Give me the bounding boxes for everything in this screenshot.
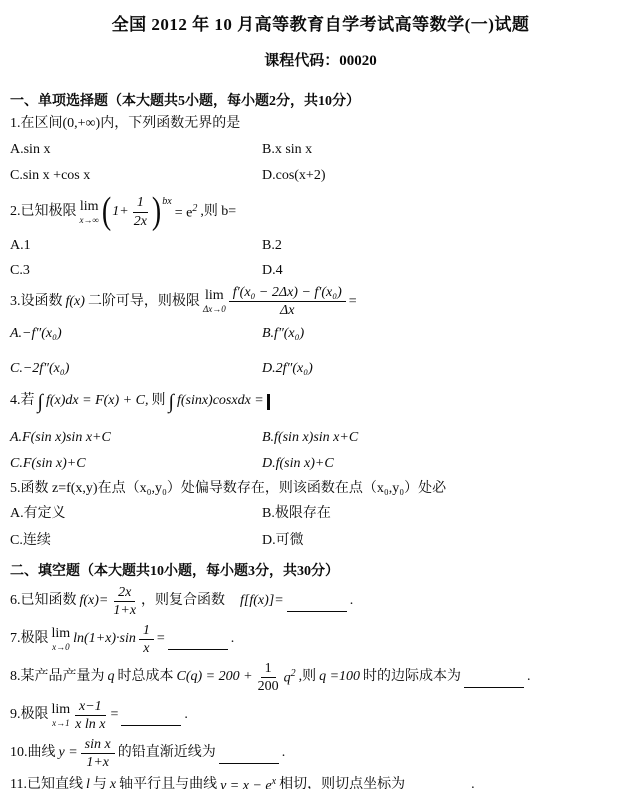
q1-option-b: B.x sin x bbox=[262, 142, 312, 159]
q6-text: 6.已知函数 bbox=[10, 593, 77, 610]
q3-options-row-2: C.−2f″(x₀) D.2f″(x₀) bbox=[10, 361, 631, 378]
fraction-denominator: 1+x bbox=[84, 754, 111, 772]
left-paren: ( bbox=[102, 193, 111, 231]
q11-lvar: l bbox=[86, 777, 90, 789]
lim-subscript: x→1 bbox=[52, 719, 70, 728]
fraction: sin x 1+x bbox=[81, 736, 115, 772]
q10-text: 10.曲线 bbox=[10, 745, 56, 762]
q6-dot: . bbox=[350, 593, 354, 610]
q4-m2: f(sinx)cosxdx = bbox=[177, 393, 264, 410]
q4-options-row-1: A.F(sin x)sin x+C B.f(sin x)sin x+C bbox=[10, 430, 631, 447]
q8-qvar: q bbox=[108, 669, 115, 686]
q8-stem: 8.某产品产量为 q 时总成本 C(q) = 200 + 1 200 q2 ,则… bbox=[10, 660, 631, 696]
q8-q2sup: 2 bbox=[291, 668, 296, 679]
q8-m1: C(q) = 200 + bbox=[177, 669, 253, 686]
q11-curve: y = x − ex bbox=[220, 776, 276, 789]
q2-options-row-1: A.1 B.2 bbox=[10, 238, 631, 255]
q4-mid: 则 bbox=[151, 393, 165, 410]
limit-operator: lim x→1 bbox=[52, 703, 71, 728]
q2-option-c: C.3 bbox=[10, 263, 262, 280]
lim-word: lim bbox=[52, 703, 71, 717]
fraction-denominator: 2x bbox=[132, 213, 149, 231]
answer-blank bbox=[287, 597, 347, 612]
q2-text: 2.已知极限 bbox=[10, 204, 77, 221]
q8-dot: . bbox=[527, 669, 531, 686]
answer-blank bbox=[464, 673, 524, 688]
q11-m1: y = x − e bbox=[220, 778, 272, 789]
fraction-numerator: f′(x₀ − 2Δx) − f′(x₀) bbox=[229, 284, 346, 303]
q5-option-d: D.可微 bbox=[262, 533, 304, 550]
answer-blank bbox=[168, 635, 228, 650]
q11-dot: . bbox=[471, 777, 475, 789]
q6-m2: f[f(x)]= bbox=[240, 593, 284, 610]
q5-option-a: A.有定义 bbox=[10, 506, 262, 523]
q1-options-row-2: C.sin x +cos x D.cos(x+2) bbox=[10, 168, 631, 185]
q8-mid2: ,则 bbox=[299, 669, 317, 686]
q2-eq-sup: 2 bbox=[192, 203, 197, 214]
q8-mid3: 时的边际成本为 bbox=[363, 669, 461, 686]
q2-option-d: D.4 bbox=[262, 263, 283, 280]
q1-option-d: D.cos(x+2) bbox=[262, 168, 326, 185]
q11-text: 11.已知直线 bbox=[10, 777, 83, 789]
q1-option-c: C.sin x +cos x bbox=[10, 168, 262, 185]
q11-mid3: 相切，则切点坐标为 bbox=[279, 777, 405, 789]
q4-option-c: C.F(sin x)+C bbox=[10, 456, 262, 473]
lim-subscript: x→∞ bbox=[80, 216, 99, 225]
q5-option-b: B.极限存在 bbox=[262, 506, 331, 523]
fraction-denominator: 200 bbox=[256, 678, 281, 696]
q7-stem: 7.极限 lim x→0 ln(1+x)·sin 1 x = . bbox=[10, 622, 631, 658]
q3-option-c: C.−2f″(x₀) bbox=[10, 361, 262, 378]
q1-option-a: A.sin x bbox=[10, 142, 262, 159]
answer-blank bbox=[219, 749, 279, 764]
q11-m1sup: x bbox=[272, 776, 276, 787]
q4-text: 4.若 bbox=[10, 393, 35, 410]
q9-dot: . bbox=[184, 707, 188, 724]
fraction-numerator: 1 bbox=[261, 660, 276, 679]
lim-subscript: x→0 bbox=[52, 643, 70, 652]
q7-m1: ln(1+x)·sin bbox=[73, 631, 136, 648]
q4-option-b: B.f(sin x)sin x+C bbox=[262, 430, 358, 447]
lim-subscript: Δx→0 bbox=[203, 305, 226, 314]
lim-word: lim bbox=[52, 627, 71, 641]
q7-eq: = bbox=[157, 631, 165, 648]
q10-stem: 10.曲线 y = sin x 1+x 的铅直渐近线为 . bbox=[10, 736, 631, 772]
fraction: 1 200 bbox=[256, 660, 281, 696]
q10-m1: y = bbox=[59, 745, 78, 762]
q3-stem: 3.设函数 f(x) 二阶可导，则极限 lim Δx→0 f′(x₀ − 2Δx… bbox=[10, 284, 631, 320]
q3-mid: 二阶可导，则极限 bbox=[88, 294, 200, 311]
answer-blank bbox=[408, 781, 468, 789]
q9-stem: 9.极限 lim x→1 x−1 x ln x = . bbox=[10, 698, 631, 734]
q6-mid: ，则复合函数 bbox=[141, 593, 225, 610]
fraction-numerator: 2x bbox=[114, 584, 135, 603]
q5-option-c: C.连续 bbox=[10, 533, 262, 550]
course-code: 课程代码：00020 bbox=[10, 49, 631, 70]
q2-options-row-2: C.3 D.4 bbox=[10, 263, 631, 280]
fraction: 1 2x bbox=[132, 194, 149, 230]
lim-word: lim bbox=[205, 289, 224, 303]
q3-option-d: D.2f″(x₀) bbox=[262, 361, 313, 378]
text-cursor bbox=[267, 394, 270, 410]
q11-mid2: 轴平行且与曲线 bbox=[119, 777, 217, 789]
fraction-denominator: 1+x bbox=[111, 602, 138, 620]
fraction: x−1 x ln x bbox=[73, 698, 107, 734]
q2-option-b: B.2 bbox=[262, 238, 282, 255]
q10-mid: 的铅直渐近线为 bbox=[118, 745, 216, 762]
limit-operator: lim Δx→0 bbox=[203, 289, 226, 314]
q8-mid1: 时总成本 bbox=[118, 669, 174, 686]
fraction-denominator: Δx bbox=[278, 302, 296, 320]
limit-operator: lim x→∞ bbox=[80, 200, 99, 225]
limit-operator: lim x→0 bbox=[52, 627, 71, 652]
exam-document: 全国 2012 年 10 月高等教育自学考试高等数学(一)试题 课程代码：000… bbox=[0, 0, 641, 789]
q5-options-row-1: A.有定义 B.极限存在 bbox=[10, 506, 631, 523]
q6-stem: 6.已知函数 f(x)= 2x 1+x ，则复合函数 f[f(x)]= . bbox=[10, 584, 631, 620]
q8-m3: q =100 bbox=[319, 669, 360, 686]
q3-option-a: A.−f″(x₀) bbox=[10, 326, 262, 343]
fraction-numerator: x−1 bbox=[75, 698, 106, 717]
fraction: 2x 1+x bbox=[111, 584, 138, 620]
q11-mid1: 与 bbox=[93, 777, 107, 789]
q9-eq: = bbox=[111, 707, 119, 724]
q3-fx: f(x) bbox=[66, 294, 85, 311]
q3-text: 3.设函数 bbox=[10, 294, 63, 311]
integral-sign: ∫ bbox=[38, 392, 43, 412]
q2-eq: = e bbox=[175, 205, 193, 220]
q2-option-a: A.1 bbox=[10, 238, 262, 255]
section-1-header: 一、单项选择题（本大题共5小题，每小题2分，共10分） bbox=[10, 90, 631, 110]
answer-blank bbox=[121, 711, 181, 726]
fraction-numerator: 1 bbox=[139, 622, 154, 641]
q8-q-squared: q2 bbox=[284, 668, 296, 687]
q4-option-d: D.f(sin x)+C bbox=[262, 456, 334, 473]
q3-options-row-1: A.−f″(x₀) B.f″(x₀) bbox=[10, 326, 631, 343]
fraction-denominator: x ln x bbox=[73, 716, 107, 734]
q3-eq: = bbox=[349, 294, 357, 311]
fraction: f′(x₀ − 2Δx) − f′(x₀) Δx bbox=[229, 284, 346, 320]
q8-text: 8.某产品产量为 bbox=[10, 669, 105, 686]
q4-m1: f(x)dx = F(x) + C, bbox=[46, 393, 148, 410]
right-paren: ) bbox=[152, 193, 161, 231]
q1-options-row-1: A.sin x B.x sin x bbox=[10, 142, 631, 159]
q11-xvar: x bbox=[110, 777, 116, 789]
q3-option-b: B.f″(x₀) bbox=[262, 326, 304, 343]
q6-m1: f(x)= bbox=[80, 593, 109, 610]
fraction-denominator: x bbox=[141, 640, 151, 658]
q2-equals-e2: = e2 bbox=[175, 203, 198, 222]
fraction-numerator: 1 bbox=[133, 194, 148, 213]
q2-tail: ,则 b= bbox=[200, 204, 236, 221]
lim-word: lim bbox=[80, 200, 99, 214]
q2-exponent: bx bbox=[162, 196, 171, 208]
q7-dot: . bbox=[231, 631, 235, 648]
section-2-header: 二、填空题（本大题共10小题，每小题3分，共30分） bbox=[10, 560, 631, 580]
fraction: 1 x bbox=[139, 622, 154, 658]
page-title: 全国 2012 年 10 月高等教育自学考试高等数学(一)试题 bbox=[10, 10, 631, 35]
fraction-numerator: sin x bbox=[81, 736, 115, 755]
q1-stem: 1.在区间(0,+∞)内，下列函数无界的是 bbox=[10, 116, 631, 133]
q5-options-row-2: C.连续 D.可微 bbox=[10, 533, 631, 550]
q4-option-a: A.F(sin x)sin x+C bbox=[10, 430, 262, 447]
q4-stem: 4.若 ∫ f(x)dx = F(x) + C, 则 ∫ f(sinx)cosx… bbox=[10, 392, 631, 412]
q11-stem: 11.已知直线 l 与 x 轴平行且与曲线 y = x − ex 相切，则切点坐… bbox=[10, 776, 631, 789]
q4-options-row-2: C.F(sin x)+C D.f(sin x)+C bbox=[10, 456, 631, 473]
q10-dot: . bbox=[282, 745, 286, 762]
q2-stem: 2.已知极限 lim x→∞ ( 1+ 1 2x ) bx = e2 ,则 b= bbox=[10, 194, 631, 230]
q7-text: 7.极限 bbox=[10, 631, 49, 648]
integral-sign: ∫ bbox=[168, 392, 173, 412]
q9-text: 9.极限 bbox=[10, 707, 49, 724]
q2-term: 1+ bbox=[112, 204, 128, 221]
q8-q2base: q bbox=[284, 670, 291, 685]
q5-stem: 5.函数 z=f(x,y)在点（x₀,y₀）处偏导数存在，则该函数在点（x₀,y… bbox=[10, 481, 631, 498]
